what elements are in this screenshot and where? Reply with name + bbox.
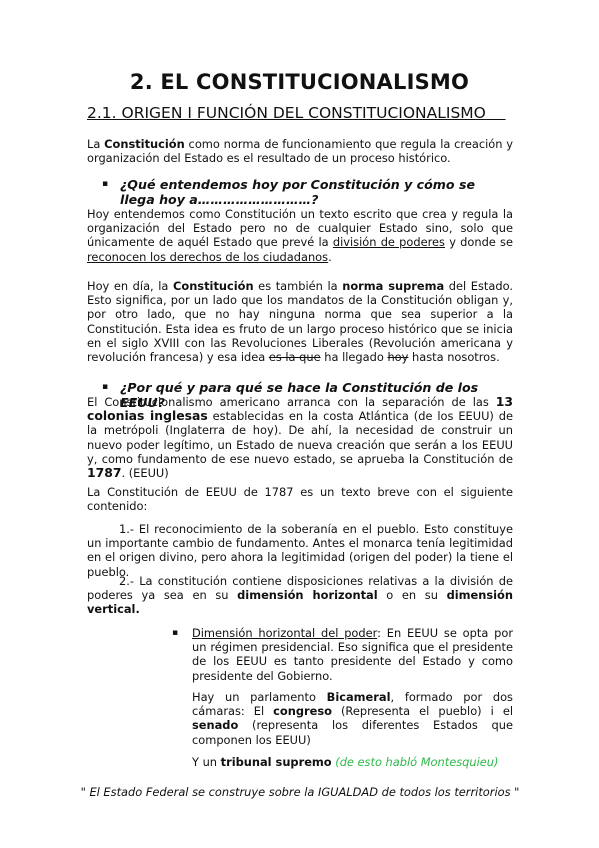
bold-term: norma suprema	[342, 279, 444, 293]
page-title: 2. EL CONSTITUCIONALISMO	[0, 70, 599, 94]
text: Hoy en día, la	[87, 279, 173, 293]
green-note: (de esto habló Montesquieu)	[332, 755, 499, 769]
text: es también la	[254, 279, 343, 293]
horizontal-dimension-item: ▪ Dimensión horizontal del poder: En EEU…	[172, 626, 513, 683]
question-text: ¿Qué entendemos hoy por Constitución y c…	[120, 177, 513, 207]
text: La	[87, 137, 104, 151]
bold-term: 1787	[87, 465, 122, 480]
supreme-norm-paragraph: Hoy en día, la Constitución es también l…	[87, 279, 513, 364]
bold-term: senado	[192, 718, 238, 732]
heading-underline-pad	[486, 104, 506, 122]
strikethrough-text: hoy	[387, 350, 408, 364]
square-bullet-icon: ▪	[172, 628, 178, 638]
definition-paragraph: Hoy entendemos como Constitución un text…	[87, 207, 513, 264]
list-item-1: 1.- El reconocimiento de la soberanía en…	[87, 522, 513, 579]
underlined-term: división de poderes	[333, 235, 445, 249]
text: (Representa el pueblo) i el	[332, 704, 513, 718]
text: El Constitucionalismo americano arranca …	[87, 395, 496, 409]
text: y donde se	[445, 235, 513, 249]
underlined-term: Dimensión horizontal del poder	[192, 626, 377, 640]
text: hasta nosotros.	[408, 350, 499, 364]
text: o en su	[378, 588, 447, 602]
list-item-2: 2.- La constitución contiene disposicion…	[87, 574, 513, 617]
parliament-paragraph: Hay un parlamento Bicameral, formado por…	[192, 690, 513, 747]
text: ha llegado	[321, 350, 388, 364]
square-bullet-icon: ▪	[102, 179, 108, 189]
eeuu-paragraph: El Constitucionalismo americano arranca …	[87, 395, 513, 480]
document-page: 2. EL CONSTITUCIONALISMO 2.1. ORIGEN I F…	[0, 0, 599, 848]
text: .	[328, 250, 332, 264]
bold-term: congreso	[273, 704, 332, 718]
section-heading: 2.1. ORIGEN I FUNCIÓN DEL CONSTITUCIONAL…	[87, 104, 506, 122]
text: Y un	[192, 755, 221, 769]
content-intro-paragraph: La Constitución de EEUU de 1787 es un te…	[87, 485, 513, 513]
bold-term: dimensión horizontal	[237, 588, 377, 602]
bold-term: Constitución	[173, 279, 254, 293]
supreme-court-line: Y un tribunal supremo (de esto habló Mon…	[192, 755, 522, 769]
text: . (EEUU)	[122, 466, 169, 480]
square-bullet-icon: ▪	[102, 382, 108, 392]
federal-quote: " El Estado Federal se construye sobre l…	[70, 785, 530, 799]
horizontal-dimension-text: Dimensión horizontal del poder: En EEUU …	[192, 626, 513, 683]
bold-term: Constitución	[104, 137, 185, 151]
underlined-term: reconocen los derechos de los ciudadanos	[87, 250, 328, 264]
section-heading-text: 2.1. ORIGEN I FUNCIÓN DEL CONSTITUCIONAL…	[87, 104, 486, 122]
text: Hay un parlamento	[192, 690, 327, 704]
text: (representa los diferentes Estados que c…	[192, 718, 513, 746]
intro-paragraph: La Constitución como norma de funcionami…	[87, 137, 513, 165]
bold-term: tribunal supremo	[221, 755, 332, 769]
strikethrough-text: es la que	[269, 350, 321, 364]
bold-term: Bicameral	[327, 690, 391, 704]
question-heading-1: ▪ ¿Qué entendemos hoy por Constitución y…	[102, 177, 513, 207]
